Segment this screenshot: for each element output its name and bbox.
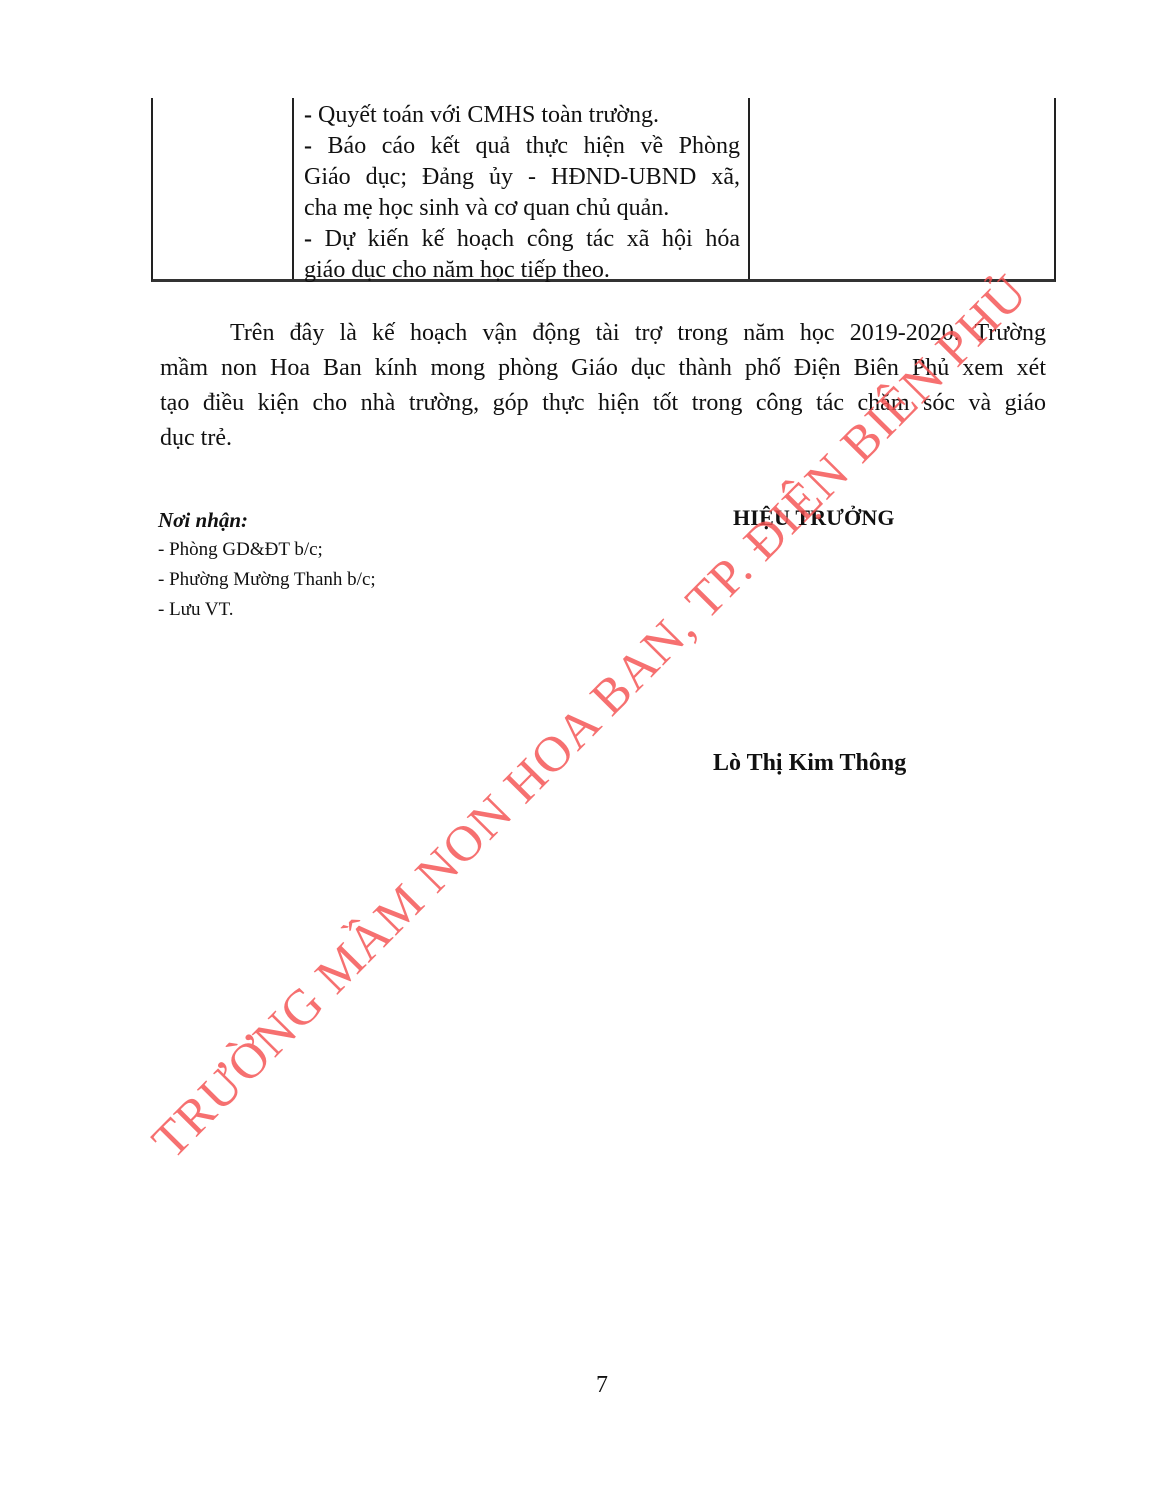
recipient-item: - Phường Mường Thanh b/c; xyxy=(158,565,376,595)
plan-table-continuation: - Quyết toán với CMHS toàn trường. - Báo… xyxy=(151,98,1056,282)
recipient-item: - Lưu VT. xyxy=(158,595,376,625)
recipients-block: Nơi nhận: - Phòng GD&ĐT b/c; - Phường Mư… xyxy=(158,505,376,625)
cell-line: cha mẹ học sinh và cơ quan chủ quản. xyxy=(304,193,740,224)
recipients-title: Nơi nhận: xyxy=(158,505,376,535)
column-divider xyxy=(292,98,294,279)
cell-line: giáo dục cho năm học tiếp theo. xyxy=(304,255,740,286)
cell-line: - Quyết toán với CMHS toàn trường. xyxy=(304,100,740,131)
column-divider xyxy=(748,98,750,279)
cell-line: Giáo dục; Đảng ủy - HĐND-UBND xã, xyxy=(304,162,740,193)
table-cell-activities: - Quyết toán với CMHS toàn trường. - Báo… xyxy=(304,100,740,286)
paragraph-line: Trên đây là kế hoạch vận động tài trợ tr… xyxy=(160,316,1046,351)
page-number: 7 xyxy=(596,1372,608,1399)
signer-name: Lò Thị Kim Thông xyxy=(713,750,906,777)
recipient-item: - Phòng GD&ĐT b/c; xyxy=(158,535,376,565)
cell-line: - Báo cáo kết quả thực hiện về Phòng xyxy=(304,131,740,162)
cell-line: - Dự kiến kế hoạch công tác xã hội hóa xyxy=(304,224,740,255)
